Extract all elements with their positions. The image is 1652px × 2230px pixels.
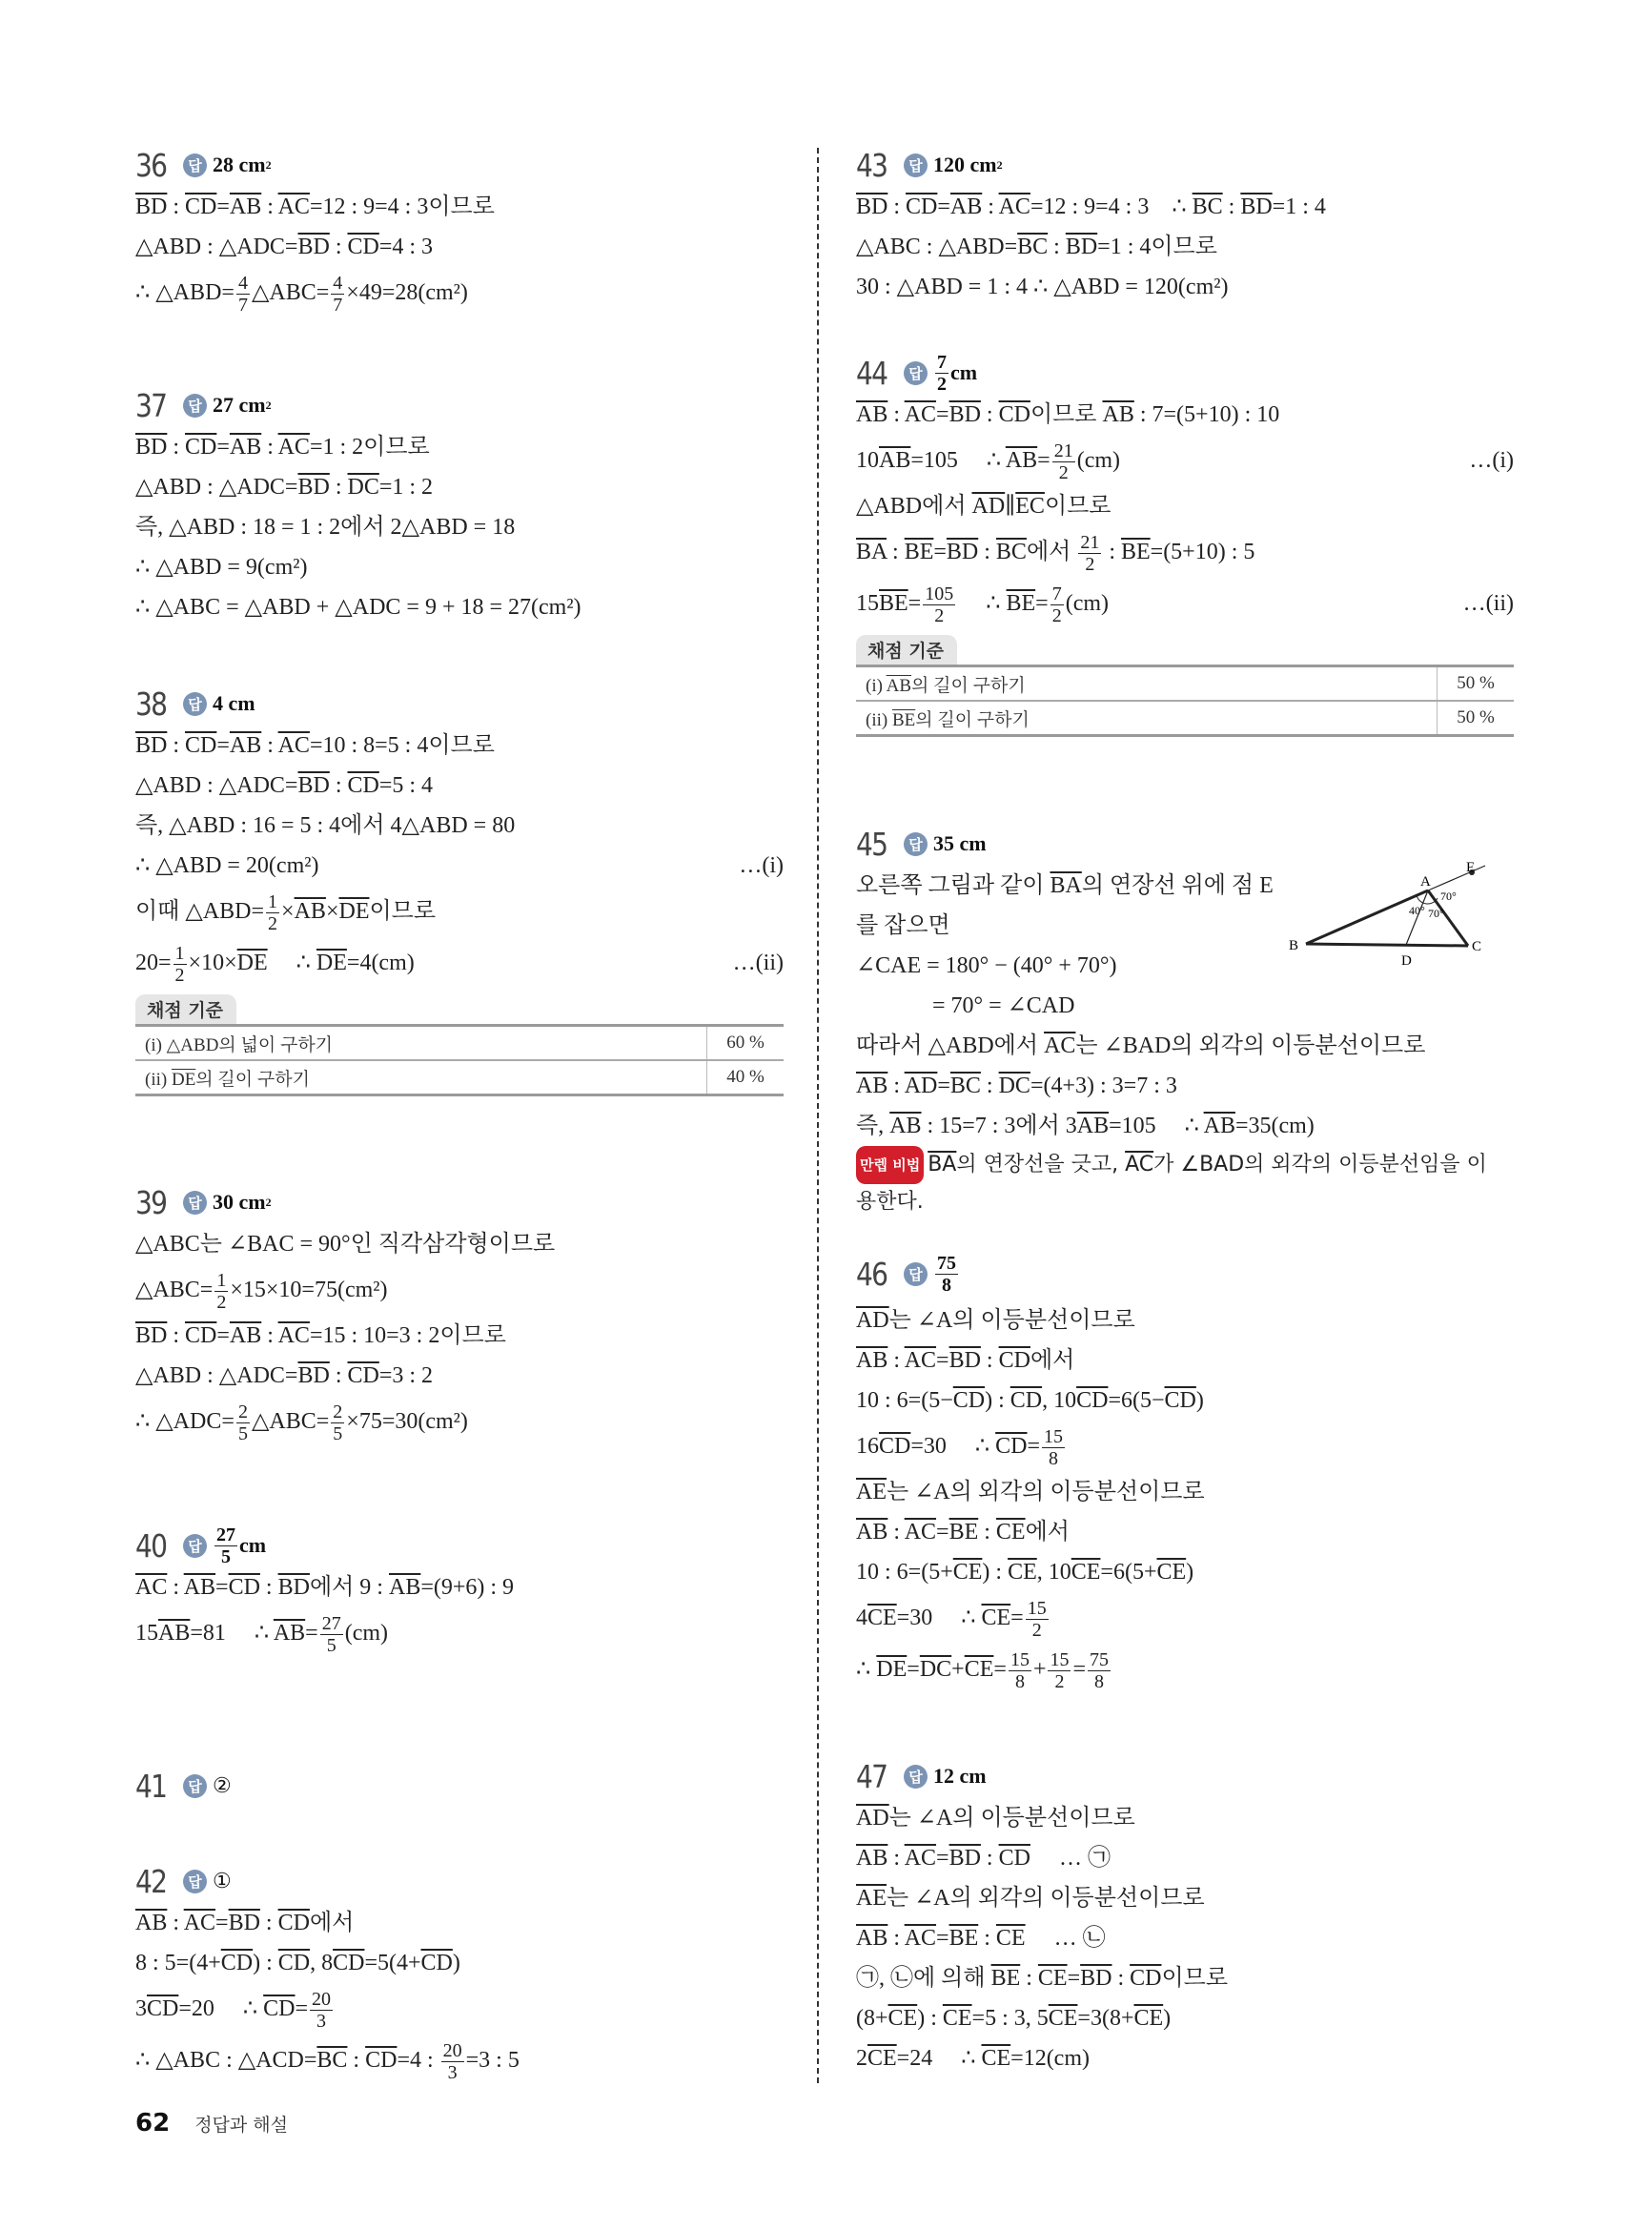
solution-line: AC : AB=CD : BD에서 9 : AB=(9+6) : 9: [135, 1567, 784, 1607]
solution-line: 10AB=105 ∴ AB=212(cm)…(i): [856, 435, 1514, 486]
solution-line: ∴ △ABD = 20(cm²)…(i): [135, 846, 784, 886]
solution-line: AE는 ∠A의 외각의 이등분선이므로: [856, 1878, 1514, 1918]
problem-38: 38답4 cm BD : CD=AB : AC=10 : 8=5 : 4이므로 …: [135, 682, 784, 1096]
solution-line: 즉, △ABD : 16 = 5 : 4에서 4△ABD = 80: [135, 806, 784, 846]
problem-number: 42: [135, 1863, 176, 1900]
answer: 4 cm: [213, 691, 255, 716]
answer-badge-icon: 답: [183, 692, 207, 716]
answer: 12 cm: [933, 1764, 987, 1789]
problem-43: 43답120 cm2 BD : CD=AB : AC=12 : 9=4 : 3 …: [856, 143, 1514, 307]
column-divider: [817, 148, 819, 2083]
solution-line: △ABC는 ∠BAC = 90°인 직각삼각형이므로: [135, 1224, 784, 1264]
problem-42: 42답① AB : AC=BD : CD에서 8 : 5=(4+CD) : CD…: [135, 1859, 784, 2086]
problem-number: 47: [856, 1758, 897, 1795]
solution-line: ∴ △ABD=47△ABC=47×49=28(cm²): [135, 267, 784, 318]
solution-line: 15AB=81 ∴ AB=275(cm): [135, 1607, 784, 1659]
solution-line: AB : AC=BD : CD에서: [856, 1340, 1514, 1381]
solution-line: AB : AD=BC : DC=(4+3) : 3=7 : 3: [856, 1066, 1514, 1106]
tip-badge-icon: 만렙 비법: [856, 1146, 924, 1184]
problem-number: 36: [135, 147, 176, 184]
answer: 28 cm2: [213, 153, 272, 177]
solution-line: 따라서 △ABD에서 AC는 ∠BAD의 외각의 이등분선이므로: [856, 1026, 1514, 1066]
solution-line: ∠CAE = 180° − (40° + 70°): [856, 946, 1514, 986]
problem-41: 41답②: [135, 1764, 784, 1808]
answer-badge-icon: 답: [904, 1765, 928, 1789]
problem-37: 37답27 cm2 BD : CD=AB : AC=1 : 2이므로 △ABD …: [135, 383, 784, 627]
solution-line: AB : AC=BD : CD에서: [135, 1903, 784, 1943]
answer-badge-icon: 답: [904, 153, 928, 177]
solution-line: = 70° = ∠CAD: [856, 986, 1514, 1026]
solution-line: 10 : 6=(5+CE) : CE, 10CE=6(5+CE): [856, 1552, 1514, 1592]
table-row: (ii) BE의 길이 구하기50 %: [856, 701, 1514, 736]
answer: 275cm: [213, 1524, 266, 1567]
solution-line: ∴ △ABC = △ABD + △ADC = 9 + 18 = 27(cm²): [135, 587, 784, 627]
page-number: 62: [135, 2109, 170, 2138]
problem-number: 43: [856, 147, 897, 184]
solution-line: BD : CD=AB : AC=12 : 9=4 : 3 ∴ BC : BD=1…: [856, 187, 1514, 227]
answer: 35 cm: [933, 831, 987, 856]
solution-line: 3CD=20 ∴ CD=203: [135, 1983, 784, 2035]
problem-45: 45답35 cm B C D A E 40° 70° 70° 오른쪽 그림과 같…: [856, 822, 1514, 1220]
answer-badge-icon: 답: [904, 361, 928, 385]
table-row: (i) △ABD의 넓이 구하기60 %: [135, 1026, 784, 1061]
answer: ①: [213, 1869, 232, 1893]
solution-line: △ABD : △ADC=BD : CD=5 : 4: [135, 766, 784, 806]
solution-line: 15BE=1052 ∴ BE=72(cm)…(ii): [856, 578, 1514, 629]
solution-line: AB : AC=BD : CD이므로 AB : 7=(5+10) : 10: [856, 395, 1514, 435]
solution-line: 즉, AB : 15=7 : 3에서 3AB=105 ∴ AB=35(cm): [856, 1106, 1514, 1146]
problem-number: 37: [135, 387, 176, 424]
solution-line: BA : BE=BD : BC에서 212 : BE=(5+10) : 5: [856, 526, 1514, 578]
solution-line: △ABC=12×15×10=75(cm²): [135, 1264, 784, 1316]
answer-badge-icon: 답: [183, 1774, 207, 1798]
problem-number: 44: [856, 355, 897, 392]
solution-line: △ABD : △ADC=BD : CD=3 : 2: [135, 1356, 784, 1396]
problem-47: 47답12 cm AD는 ∠A의 이등분선이므로 AB : AC=BD : CD…: [856, 1754, 1514, 2078]
solution-line: 2CE=24 ∴ CE=12(cm): [856, 2038, 1514, 2078]
solution-line: ∴ △ADC=25△ABC=25×75=30(cm²): [135, 1396, 784, 1447]
answer: 120 cm2: [933, 153, 1003, 177]
problem-number: 38: [135, 685, 176, 723]
solution-line: ㉠, ㉡에 의해 BE : CE=BD : CD이므로: [856, 1958, 1514, 1998]
problem-number: 45: [856, 826, 897, 863]
solution-line: 16CD=30 ∴ CD=158: [856, 1421, 1514, 1472]
solution-line: 8 : 5=(4+CD) : CD, 8CD=5(4+CD): [135, 1943, 784, 1983]
solution-line: △ABD : △ADC=BD : DC=1 : 2: [135, 467, 784, 507]
footer-title: 정답과 해설: [194, 2111, 288, 2137]
solution-line: ∴ △ABD = 9(cm²): [135, 547, 784, 587]
answer-badge-icon: 답: [904, 832, 928, 856]
solution-line: BD : CD=AB : AC=1 : 2이므로: [135, 427, 784, 467]
solution-line: 를 잡으면: [856, 906, 1514, 946]
solution-line: 10 : 6=(5−CD) : CD, 10CD=6(5−CD): [856, 1381, 1514, 1421]
problem-46: 46답758 AD는 ∠A의 이등분선이므로 AB : AC=BD : CD에서…: [856, 1247, 1514, 1695]
step-mark: …(ii): [1463, 578, 1514, 629]
answer: 27 cm2: [213, 393, 272, 418]
solution-line: BD : CD=AB : AC=15 : 10=3 : 2이므로: [135, 1316, 784, 1356]
answer: 758: [933, 1253, 960, 1296]
grading-criteria: 채점 기준 (i) AB의 길이 구하기50 % (ii) BE의 길이 구하기…: [856, 635, 1514, 737]
answer-badge-icon: 답: [183, 394, 207, 418]
solution-line: AB : AC=BE : CE에서: [856, 1512, 1514, 1552]
answer-badge-icon: 답: [183, 1191, 207, 1215]
solution-line: (8+CE) : CE=5 : 3, 5CE=3(8+CE): [856, 1998, 1514, 2038]
solution-line: △ABD : △ADC=BD : CD=4 : 3: [135, 227, 784, 267]
solution-line: AE는 ∠A의 외각의 이등분선이므로: [856, 1472, 1514, 1512]
grading-criteria-table: (i) AB의 길이 구하기50 % (ii) BE의 길이 구하기50 %: [856, 665, 1514, 737]
problem-number: 41: [135, 1768, 176, 1805]
problem-number: 40: [135, 1527, 176, 1565]
grading-criteria-table: (i) △ABD의 넓이 구하기60 % (ii) DE의 길이 구하기40 %: [135, 1024, 784, 1096]
grading-criteria-title: 채점 기준: [135, 994, 236, 1024]
solution-line: 20=12×10×DE ∴ DE=4(cm)…(ii): [135, 937, 784, 989]
step-mark: …(ii): [733, 937, 784, 989]
problem-number: 46: [856, 1256, 897, 1293]
answer: 72cm: [933, 352, 977, 395]
solution-line: BD : CD=AB : AC=10 : 8=5 : 4이므로: [135, 726, 784, 766]
solution-line: AB : AC=BD : CD … ㉠: [856, 1838, 1514, 1878]
problem-40: 40답275cm AC : AB=CD : BD에서 9 : AB=(9+6) …: [135, 1524, 784, 1659]
answer-badge-icon: 답: [904, 1262, 928, 1286]
solution-line: ∴ DE=DC+CE=158+152=758: [856, 1644, 1514, 1695]
page-footer: 62 정답과 해설: [135, 2109, 288, 2138]
grading-criteria-title: 채점 기준: [856, 635, 957, 665]
answer-badge-icon: 답: [183, 1870, 207, 1893]
problem-number: 39: [135, 1184, 176, 1221]
problem-44: 44답72cm AB : AC=BD : CD이므로 AB : 7=(5+10)…: [856, 351, 1514, 737]
solution-line: 오른쪽 그림과 같이 BA의 연장선 위에 점 E: [856, 866, 1514, 906]
solution-line: △ABD에서 AD∥EC이므로: [856, 486, 1514, 526]
solution-line: AD는 ∠A의 이등분선이므로: [856, 1300, 1514, 1340]
problem-39: 39답30 cm2 △ABC는 ∠BAC = 90°인 직각삼각형이므로 △AB…: [135, 1180, 784, 1447]
table-row: (ii) DE의 길이 구하기40 %: [135, 1060, 784, 1095]
answer-badge-icon: 답: [183, 153, 207, 177]
problem-36: 36답28 cm2 BD : CD=AB : AC=12 : 9=4 : 3이므…: [135, 143, 784, 318]
solution-line: AB : AC=BE : CE … ㉡: [856, 1918, 1514, 1958]
solution-line: 이때 △ABD=12×AB×DE이므로: [135, 886, 784, 937]
table-row: (i) AB의 길이 구하기50 %: [856, 666, 1514, 702]
solution-line: BD : CD=AB : AC=12 : 9=4 : 3이므로: [135, 187, 784, 227]
step-mark: …(i): [739, 846, 784, 886]
answer: 30 cm2: [213, 1190, 272, 1215]
grading-criteria: 채점 기준 (i) △ABD의 넓이 구하기60 % (ii) DE의 길이 구…: [135, 994, 784, 1096]
solution-line: 즉, △ABD : 18 = 1 : 2에서 2△ABD = 18: [135, 507, 784, 547]
answer: ②: [213, 1773, 232, 1798]
tip-note: 만렙 비법BA의 연장선을 긋고, AC가 ∠BAD의 외각의 이등분선임을 이…: [856, 1146, 1514, 1220]
solution-line: 4CE=30 ∴ CE=152: [856, 1592, 1514, 1644]
solution-line: AD는 ∠A의 이등분선이므로: [856, 1798, 1514, 1838]
step-mark: …(i): [1469, 435, 1514, 486]
solution-line: 30 : △ABD = 1 : 4 ∴ △ABD = 120(cm²): [856, 267, 1514, 307]
solution-line: ∴ △ABC : △ACD=BC : CD=4 : 203=3 : 5: [135, 2035, 784, 2086]
answer-badge-icon: 답: [183, 1534, 207, 1558]
solution-line: △ABC : △ABD=BC : BD=1 : 4이므로: [856, 227, 1514, 267]
